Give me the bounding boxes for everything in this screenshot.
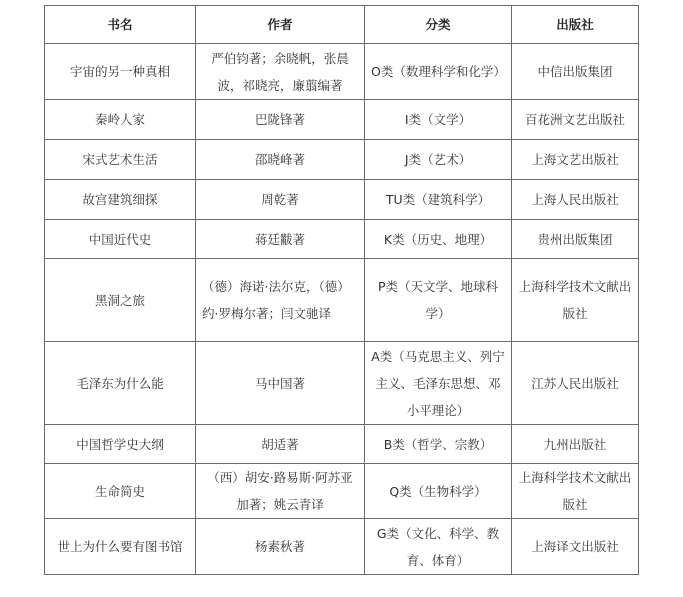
- table-row: 世上为什么要有图书馆 杨素秋著 G类（文化、科学、教育、体育） 上海译文出版社: [45, 519, 639, 575]
- cell-category: O类（数理科学和化学）: [365, 44, 512, 100]
- cell-title: 世上为什么要有图书馆: [45, 519, 196, 575]
- cell-title: 秦岭人家: [45, 100, 196, 140]
- cell-author: 蒋廷黻著: [196, 220, 365, 259]
- cell-publisher: 上海译文出版社: [512, 519, 639, 575]
- cell-category: P类（天文学、地球科学）: [365, 259, 512, 342]
- cell-title: 中国哲学史大纲: [45, 425, 196, 464]
- table-row: 故宫建筑细探 周乾著 TU类（建筑科学） 上海人民出版社: [45, 180, 639, 220]
- table-row: 中国哲学史大纲 胡适著 B类（哲学、宗教） 九州出版社: [45, 425, 639, 464]
- cell-publisher: 贵州出版集团: [512, 220, 639, 259]
- cell-author: （西）胡安·路易斯·阿苏亚加著；姚云青译: [196, 464, 365, 519]
- header-publisher: 出版社: [512, 6, 639, 44]
- header-category: 分类: [365, 6, 512, 44]
- cell-title: 生命简史: [45, 464, 196, 519]
- header-title: 书名: [45, 6, 196, 44]
- table-row: 生命简史 （西）胡安·路易斯·阿苏亚加著；姚云青译 Q类（生物科学） 上海科学技…: [45, 464, 639, 519]
- cell-author: 马中国著: [196, 342, 365, 425]
- cell-category: Q类（生物科学）: [365, 464, 512, 519]
- header-author: 作者: [196, 6, 365, 44]
- cell-publisher: 上海文艺出版社: [512, 140, 639, 180]
- book-table: 书名 作者 分类 出版社 宇宙的另一种真相 严伯钧著；余晓帆，张晨波，祁晓亮，廉…: [44, 5, 639, 575]
- cell-category: K类（历史、地理）: [365, 220, 512, 259]
- header-row: 书名 作者 分类 出版社: [45, 6, 639, 44]
- cell-publisher: 江苏人民出版社: [512, 342, 639, 425]
- cell-category: TU类（建筑科学）: [365, 180, 512, 220]
- table-row: 宋式艺术生活 邵晓峰著 J类（艺术） 上海文艺出版社: [45, 140, 639, 180]
- cell-title: 黑洞之旅: [45, 259, 196, 342]
- cell-category: J类（艺术）: [365, 140, 512, 180]
- cell-title: 毛泽东为什么能: [45, 342, 196, 425]
- cell-title: 宋式艺术生活: [45, 140, 196, 180]
- cell-publisher: 百花洲文艺出版社: [512, 100, 639, 140]
- cell-category: G类（文化、科学、教育、体育）: [365, 519, 512, 575]
- cell-publisher: 上海人民出版社: [512, 180, 639, 220]
- cell-category: A类（马克思主义、列宁主义、毛泽东思想、邓小平理论）: [365, 342, 512, 425]
- cell-title: 故宫建筑细探: [45, 180, 196, 220]
- cell-author: 周乾著: [196, 180, 365, 220]
- table-row: 毛泽东为什么能 马中国著 A类（马克思主义、列宁主义、毛泽东思想、邓小平理论） …: [45, 342, 639, 425]
- table-row: 秦岭人家 巴陇锋著 I类（文学） 百花洲文艺出版社: [45, 100, 639, 140]
- cell-author: 巴陇锋著: [196, 100, 365, 140]
- cell-publisher: 上海科学技术文献出版社: [512, 259, 639, 342]
- table-row: 黑洞之旅 （德）海诺·法尔克，（德）约·罗梅尔著；闫文驰译 P类（天文学、地球科…: [45, 259, 639, 342]
- cell-publisher: 中信出版集团: [512, 44, 639, 100]
- table-row: 宇宙的另一种真相 严伯钧著；余晓帆，张晨波，祁晓亮，廉翦编著 O类（数理科学和化…: [45, 44, 639, 100]
- cell-author: 胡适著: [196, 425, 365, 464]
- cell-publisher: 九州出版社: [512, 425, 639, 464]
- table-row: 中国近代史 蒋廷黻著 K类（历史、地理） 贵州出版集团: [45, 220, 639, 259]
- cell-author: 杨素秋著: [196, 519, 365, 575]
- cell-title: 中国近代史: [45, 220, 196, 259]
- cell-category: I类（文学）: [365, 100, 512, 140]
- cell-author: 邵晓峰著: [196, 140, 365, 180]
- cell-publisher: 上海科学技术文献出版社: [512, 464, 639, 519]
- cell-category: B类（哲学、宗教）: [365, 425, 512, 464]
- cell-title: 宇宙的另一种真相: [45, 44, 196, 100]
- cell-author: 严伯钧著；余晓帆，张晨波，祁晓亮，廉翦编著: [196, 44, 365, 100]
- cell-author: （德）海诺·法尔克，（德）约·罗梅尔著；闫文驰译: [196, 259, 365, 342]
